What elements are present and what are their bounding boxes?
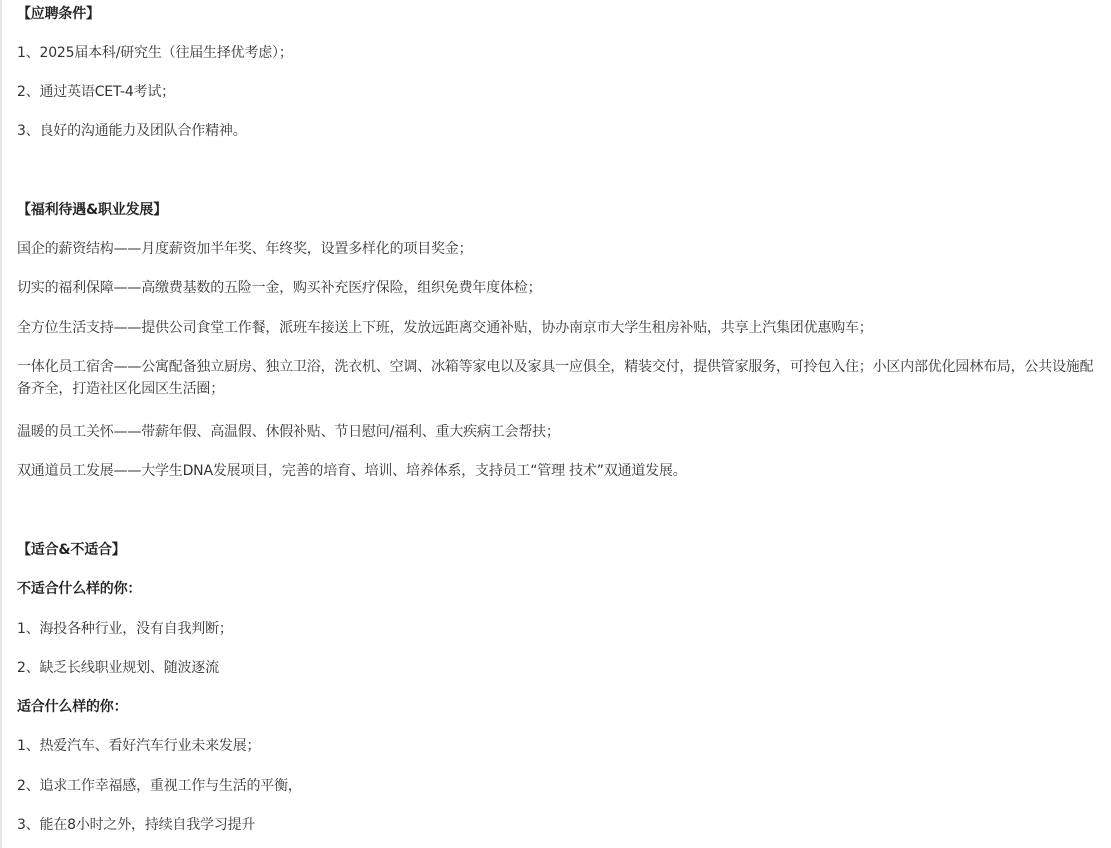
left-border (0, 0, 2, 848)
not-fit-item: 1、海投各种行业，没有自我判断； (17, 618, 1101, 640)
benefit-item: 切实的福利保障——高缴费基数的五险一金，购买补充医疗保险，组织免费年度体检； (17, 277, 1101, 299)
fit-heading: 适合什么样的你： (17, 696, 1101, 718)
benefit-item: 国企的薪资结构——月度薪资加半年奖、年终奖，设置多样化的项目奖金； (17, 238, 1101, 260)
not-fit-item: 2、缺乏长线职业规划、随波逐流 (17, 657, 1101, 679)
fit-item: 1、热爱汽车、看好汽车行业未来发展； (17, 735, 1101, 757)
fit-item: 2、追求工作幸福感，重视工作与生活的平衡， (17, 775, 1101, 797)
requirement-item: 1、2025届本科/研究生（往届生择优考虑）； (17, 42, 1101, 64)
section-heading-requirements: 【应聘条件】 (17, 3, 1101, 25)
requirement-item: 3、良好的沟通能力及团队合作精神。 (17, 120, 1101, 142)
fit-item: 3、能在8小时之外，持续自我学习提升 (17, 814, 1101, 836)
benefit-item: 一体化员工宿舍——公寓配备独立厨房、独立卫浴，洗衣机、空调、冰箱等家电以及家具一… (17, 356, 1101, 400)
section-heading-fit: 【适合&不适合】 (17, 539, 1101, 561)
benefit-item: 全方位生活支持——提供公司食堂工作餐，派班车接送上下班，发放远距离交通补贴，协办… (17, 317, 1101, 339)
benefit-item: 温暖的员工关怀——带薪年假、高温假、休假补贴、节日慰问/福利、重大疾病工会帮扶； (17, 421, 1101, 443)
benefit-item: 双通道员工发展——大学生DNA发展项目，完善的培育、培训、培养体系，支持员工“管… (17, 460, 1101, 482)
requirement-item: 2、通过英语CET-4考试； (17, 81, 1101, 103)
section-heading-benefits: 【福利待遇&职业发展】 (17, 199, 1101, 221)
not-fit-heading: 不适合什么样的你： (17, 578, 1101, 600)
